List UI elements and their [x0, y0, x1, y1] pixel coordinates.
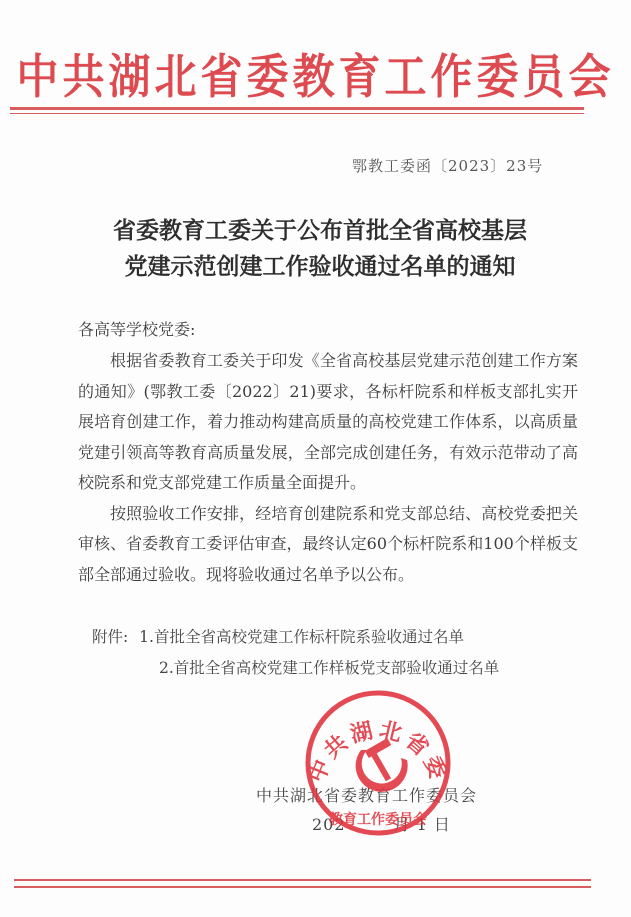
paragraph-1: 根据省委教育工委关于印发《全省高校基层党建示范创建工作方案的通知》(鄂教工委〔2…	[78, 346, 578, 499]
letterhead-rule-top	[10, 107, 584, 110]
official-seal-stamp: 中共湖北省委 教育工作委员会	[303, 688, 453, 838]
salutation: 各高等学校党委:	[78, 317, 195, 340]
svg-text:教育工作委员会: 教育工作委员会	[328, 811, 427, 828]
footer-rule-top	[14, 879, 591, 881]
attachments: 附件: 1.首批全省高校党建工作标杆院系验收通过名单	[92, 625, 464, 647]
document-number: 鄂教工委函〔2023〕23号	[352, 155, 543, 176]
body-text: 根据省委教育工委关于印发《全省高校基层党建示范创建工作方案的通知》(鄂教工委〔2…	[78, 346, 578, 590]
document-title-line2: 党建示范创建工作验收通过名单的通知	[40, 249, 600, 285]
footer-rule-bottom	[14, 886, 591, 888]
attachment-item-1: 1.首批全省高校党建工作标杆院系验收通过名单	[139, 628, 464, 646]
paragraph-2: 按照验收工作安排，经培育创建院系和党支部总结、高校党委把关审核、省委教育工委评估…	[78, 499, 578, 591]
document-title-line1: 省委教育工委关于公布首批全省高校基层	[40, 213, 600, 249]
letterhead-rule-bottom	[10, 113, 584, 114]
letterhead-title: 中共湖北省委教育工作委员会	[0, 40, 631, 107]
attachments-label: 附件:	[92, 628, 128, 646]
attachment-item-2: 2.首批全省高校党建工作样板党支部验收通过名单	[159, 656, 499, 678]
